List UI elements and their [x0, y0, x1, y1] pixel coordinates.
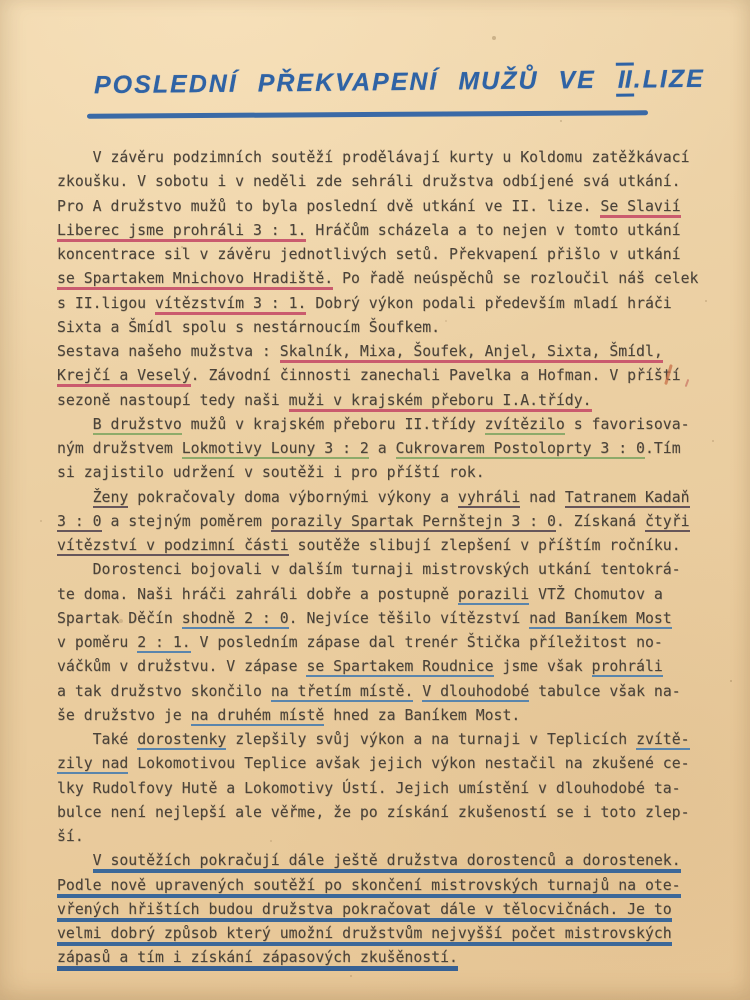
text-line: Spartak Děčín shodně 2 : 0. Nejvíce těši… [57, 607, 698, 631]
typewritten-text: jsme však [494, 658, 592, 675]
underlined-text: vřených hřištích budou družstva pokračov… [57, 901, 672, 922]
text-line: váčkům v družstvu. V zápase se Spartakem… [57, 655, 698, 679]
text-line: koncentrace sil v závěru jednotlivých se… [57, 243, 698, 267]
text-line: v poměru 2 : 1. V posledním zápase dal t… [57, 631, 698, 655]
text-line: se Spartakem Mnichovo Hradiště. Po řadě … [57, 267, 698, 291]
underlined-text: muži v krajském přeboru I.A.třídy. [289, 392, 592, 412]
text-line: B družstvo mužů v krajském přeboru II.tř… [57, 413, 698, 437]
typewritten-text: ší. [57, 828, 84, 845]
typewritten-text: koncentrace sil v závěru jednotlivých se… [57, 246, 681, 263]
underlined-text: B družstvo [93, 416, 182, 435]
underlined-text: vítězstvím 3 : 1. [155, 295, 306, 315]
text-line: bulce není nejlepší ale věřme, že po zís… [57, 801, 698, 825]
text-line: vřených hřištích budou družstva pokračov… [57, 898, 698, 922]
underlined-text: Podle nově upravených soutěží po skončen… [57, 877, 681, 898]
underlined-text: Ženy [93, 489, 129, 508]
typewritten-text: Dobrý výkon podali především mladí hráči [306, 295, 671, 312]
typewritten-text: nad [520, 489, 565, 506]
text-line: še družstvo je na druhém místě hned za B… [57, 704, 698, 728]
typewritten-text: Sixta a Šmídl spolu s nestárnoucím Šoufk… [57, 319, 440, 336]
text-line: zily nad Lokomotivou Teplice avšak jejic… [57, 752, 698, 776]
typewritten-text: V posledním zápase dal trenér Štička pří… [191, 634, 663, 651]
underlined-text: 2 : 1. [137, 634, 190, 653]
text-line: Liberec jsme prohráli 3 : 1. Hráčům schá… [57, 219, 698, 243]
text-line: sezoně nastoupí tedy naši muži v krajské… [57, 389, 698, 413]
text-line: lky Rudolfovy Hutě a Lokomotivy Ústí. Je… [57, 777, 698, 801]
underlined-text: zvítězilo [485, 416, 565, 435]
underlined-text: 3 : 0 [57, 513, 102, 532]
typewritten-text: Lokomotivou Teplice avšak jejich výkon n… [128, 755, 689, 772]
underlined-text: shodně 2 : 0 [182, 610, 289, 629]
typewritten-text [57, 852, 93, 869]
typewritten-text: .Tím [645, 440, 681, 457]
text-line: Dorostenci bojovali v dalším turnaji mis… [57, 558, 698, 582]
text-line: Sestava našeho mužstva : Skalník, Mixa, … [57, 340, 698, 364]
typewritten-text: mužů v krajském přeboru II.třídy [182, 416, 485, 433]
scanned-document-page: POSLEDNÍ PŘEKVAPENÍ MUŽŮ VE II.LIZE V zá… [0, 0, 750, 1000]
underlined-text: na druhém místě [191, 707, 325, 726]
typewritten-text [413, 683, 422, 700]
typewritten-text: a [369, 440, 396, 457]
text-line: zápasů a tím i získání zápasových zkušěn… [57, 946, 698, 970]
underlined-text: čtyři [645, 513, 690, 532]
typewritten-text: Hráčům scházela a to nejen v tomto utkán… [306, 222, 680, 239]
typewritten-text: tabulce však na- [529, 683, 680, 700]
text-line: velmi dobrý způsob který umožní družstvů… [57, 922, 698, 946]
text-line: Krejčí a Veselý. Závodní činnosti zanech… [57, 364, 698, 388]
typewritten-text: Dorostenci bojovali v dalším turnaji mis… [57, 561, 681, 578]
typewritten-text: te doma. Naši hráči zahráli dobře a post… [57, 586, 458, 603]
typewritten-text: Pro A družstvo mužů to byla poslední dvě… [57, 198, 600, 215]
text-line: Podle nově upravených soutěží po skončen… [57, 874, 698, 898]
underlined-text: Liberec jsme prohráli 3 : 1. [57, 222, 306, 242]
text-line: V závěru podzimních soutěží prodělávají … [57, 146, 698, 170]
underlined-text: zvítě- [636, 731, 689, 750]
typewritten-text: . Závodní činnosti zanechali Pavelka a H… [191, 367, 681, 384]
typewritten-text: s II.ligou [57, 295, 155, 312]
typewritten-text: v poměru [57, 634, 137, 651]
typewritten-text: . Nejvíce těšilo vítězství [289, 610, 530, 627]
title-roman-numeral: II [616, 63, 634, 97]
typewritten-text [57, 489, 93, 506]
text-line: V soutěžích pokračují dále ještě družstv… [57, 849, 698, 873]
typewritten-text: zkoušku. V sobotu i v neděli zde sehráli… [57, 173, 681, 190]
underlined-text: Tatranem Kadaň [565, 489, 690, 508]
text-line: a tak družstvo skončilo na třetím místě.… [57, 680, 698, 704]
text-line: te doma. Naši hráči zahráli dobře a post… [57, 583, 698, 607]
text-line: 3 : 0 a stejným poměrem porazily Spartak… [57, 510, 698, 534]
title-text-post: .LIZE [634, 65, 705, 94]
underlined-text: Se Slavií [600, 198, 680, 218]
typewritten-text: še družstvo je [57, 707, 191, 724]
text-line: ší. [57, 825, 698, 849]
underlined-text: dorostenky [137, 731, 226, 750]
typewritten-text: pokračovaly doma výbornými výkony a [128, 489, 458, 506]
typewritten-text: lky Rudolfovy Hutě a Lokomotivy Ústí. Je… [57, 780, 681, 797]
title-text-pre: POSLEDNÍ PŘEKVAPENÍ MUŽŮ VE [94, 66, 616, 99]
underlined-text: porazily Spartak Pernštejn 3 : 0 [271, 513, 556, 532]
underlined-text: Lokmotivy Louny 3 : 2 [182, 440, 369, 459]
text-line: si zajistilo udržení v soutěži i pro pří… [57, 461, 698, 485]
underlined-text: vítězství v podzimní části [57, 537, 289, 556]
typewritten-text: váčkům v družstvu. V zápase [57, 658, 306, 675]
underlined-text: na třetím místě. [271, 683, 414, 702]
underlined-text: zily nad [57, 755, 128, 774]
typewritten-text: Sestava našeho mužstva : [57, 343, 280, 360]
underlined-text: velmi dobrý způsob který umožní družstvů… [57, 925, 672, 946]
handwritten-title: POSLEDNÍ PŘEKVAPENÍ MUŽŮ VE II.LIZE [94, 65, 705, 100]
typewritten-text: Také [57, 731, 137, 748]
typewritten-text: zlepšily svůj výkon a na turnaji v Tepli… [226, 731, 636, 748]
text-line: Ženy pokračovaly doma výbornými výkony a… [57, 486, 698, 510]
text-line: ným družstvem Lokmotivy Louny 3 : 2 a Cu… [57, 437, 698, 461]
text-line: zkoušku. V sobotu i v neděli zde sehráli… [57, 170, 698, 194]
typewritten-text: soutěže slibují zlepšení v příštím roční… [289, 537, 681, 554]
title-underline [87, 110, 648, 118]
typewritten-text: s favorisova- [565, 416, 690, 433]
underlined-text: se Spartakem Mnichovo Hradiště. [57, 270, 333, 290]
text-line: Také dorostenky zlepšily svůj výkon a na… [57, 728, 698, 752]
text-line: s II.ligou vítězstvím 3 : 1. Dobrý výkon… [57, 292, 698, 316]
text-line: vítězství v podzimní části soutěže slibu… [57, 534, 698, 558]
underlined-text: zápasů a tím i získání zápasových zkušěn… [57, 949, 458, 971]
typewritten-text: bulce není nejlepší ale věřme, že po zís… [57, 804, 690, 821]
typewritten-text: V závěru podzimních soutěží prodělávají … [57, 149, 690, 166]
underlined-text: Cukrovarem Postoloprty 3 : 0 [396, 440, 645, 459]
typewritten-text: ným družstvem [57, 440, 182, 457]
text-line: Pro A družstvo mužů to byla poslední dvě… [57, 195, 698, 219]
underlined-text: Krejčí a Veselý [57, 367, 191, 387]
typewritten-text: sezoně nastoupí tedy naši [57, 392, 289, 409]
underlined-text: vyhráli [458, 489, 520, 508]
underlined-text: prohráli [592, 658, 663, 677]
typewritten-text: Spartak Děčín [57, 610, 182, 627]
underlined-text: se Spartakem Roudnice [306, 658, 493, 677]
underlined-text: V dlouhodobé [422, 683, 529, 702]
underlined-text: nad Baníkem Most [529, 610, 672, 629]
typewritten-text: . Získaná [556, 513, 645, 530]
underlined-text: V soutěžích pokračují dále ještě družstv… [93, 852, 681, 873]
typewritten-text [57, 416, 93, 433]
typewritten-text: a tak družstvo skončilo [57, 683, 271, 700]
typewritten-text: si zajistilo udržení v soutěži i pro pří… [57, 464, 485, 481]
typewritten-text: Po řadě neúspěchů se rozloučil náš celek [333, 270, 698, 287]
typewritten-body: V závěru podzimních soutěží prodělávají … [57, 146, 698, 971]
text-line: Sixta a Šmídl spolu s nestárnoucím Šoufk… [57, 316, 698, 340]
underlined-text: porazili [458, 586, 529, 605]
typewritten-text: VTŽ Chomutov a [529, 586, 663, 603]
typewritten-text: a stejným poměrem [102, 513, 271, 530]
underlined-text: Skalník, Mixa, Šoufek, Anjel, Sixta, Šmí… [280, 343, 663, 363]
typewritten-text: hned za Baníkem Most. [324, 707, 520, 724]
